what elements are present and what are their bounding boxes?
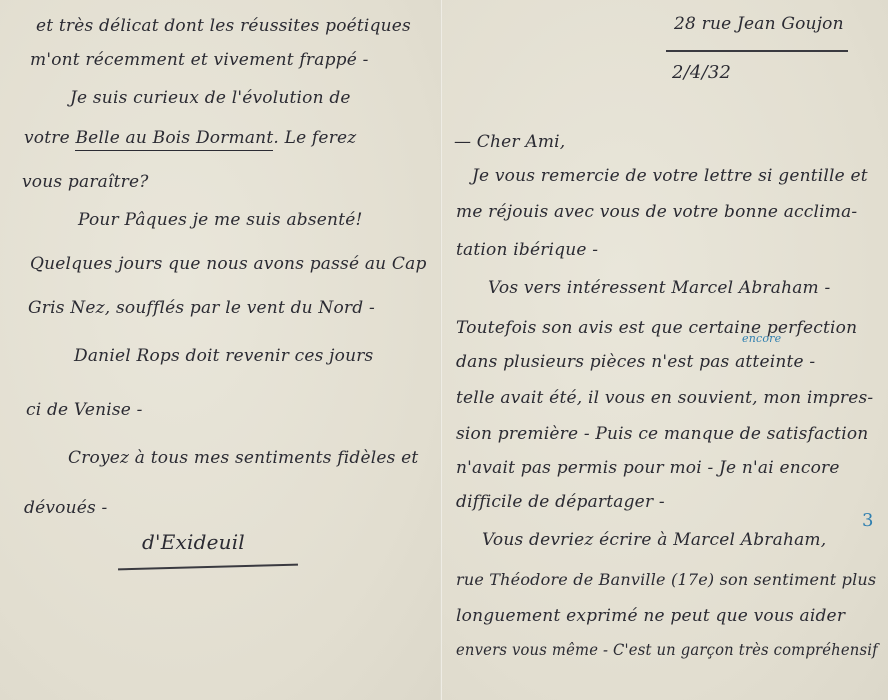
address: 28 rue Jean Goujon (674, 14, 844, 34)
text-line: Vous devriez écrire à Marcel Abraham, (482, 530, 826, 550)
text-line: ci de Venise - (26, 400, 143, 420)
text-fragment: votre (24, 128, 75, 148)
text-line: Quelques jours que nous avons passé au C… (30, 254, 427, 274)
blue-ink-insertion: encore (742, 332, 781, 345)
text-line: m'ont récemment et vivement frappé - (30, 50, 369, 70)
text-line: rue Théodore de Banville (17e) son senti… (456, 570, 876, 589)
text-line: Je suis curieux de l'évolution de (70, 88, 351, 108)
text-line: envers vous même - C'est un garçon très … (456, 640, 878, 659)
text-line: Vos vers intéressent Marcel Abraham - (488, 278, 830, 298)
text-line: dévoués - (24, 498, 107, 518)
left-page: et très délicat dont les réussites poéti… (0, 0, 441, 700)
text-line: me réjouis avec vous de votre bonne accl… (456, 202, 857, 222)
text-line: telle avait été, il vous en souvient, mo… (456, 388, 873, 408)
text-line: n'avait pas permis pour moi - Je n'ai en… (456, 458, 840, 478)
text-line: dans plusieurs pièces n'est pas atteinte… (456, 352, 815, 372)
text-line: Toutefois son avis est que certaine perf… (456, 318, 857, 338)
text-line: et très délicat dont les réussites poéti… (36, 16, 411, 36)
text-line: Pour Pâques je me suis absenté! (78, 210, 363, 230)
text-line: Croyez à tous mes sentiments fidèles et (68, 448, 418, 468)
underlined-title: Belle au Bois Dormant (75, 128, 273, 151)
text-line: votre Belle au Bois Dormant. Le ferez (24, 128, 356, 148)
text-line: tation ibérique - (456, 240, 598, 260)
letter-spread: et très délicat dont les réussites poéti… (0, 0, 888, 700)
right-page: 28 rue Jean Goujon 2/4/32 — Cher Ami, Je… (442, 0, 888, 700)
text-line: Gris Nez, soufflés par le vent du Nord - (28, 298, 375, 318)
text-line: Je vous remercie de votre lettre si gent… (472, 166, 868, 186)
text-line: sion première - Puis ce manque de satisf… (456, 424, 868, 444)
salutation: — Cher Ami, (454, 132, 565, 152)
date: 2/4/32 (672, 62, 731, 83)
signature: d'Exideuil (142, 530, 245, 554)
margin-number: 3 (862, 510, 874, 531)
address-rule (666, 50, 848, 52)
text-line: Daniel Rops doit revenir ces jours (74, 346, 373, 366)
signature-underline (118, 564, 298, 571)
text-line: vous paraître? (22, 172, 149, 192)
text-line: difficile de départager - (456, 492, 665, 512)
text-line: longuement exprimé ne peut que vous aide… (456, 606, 845, 626)
